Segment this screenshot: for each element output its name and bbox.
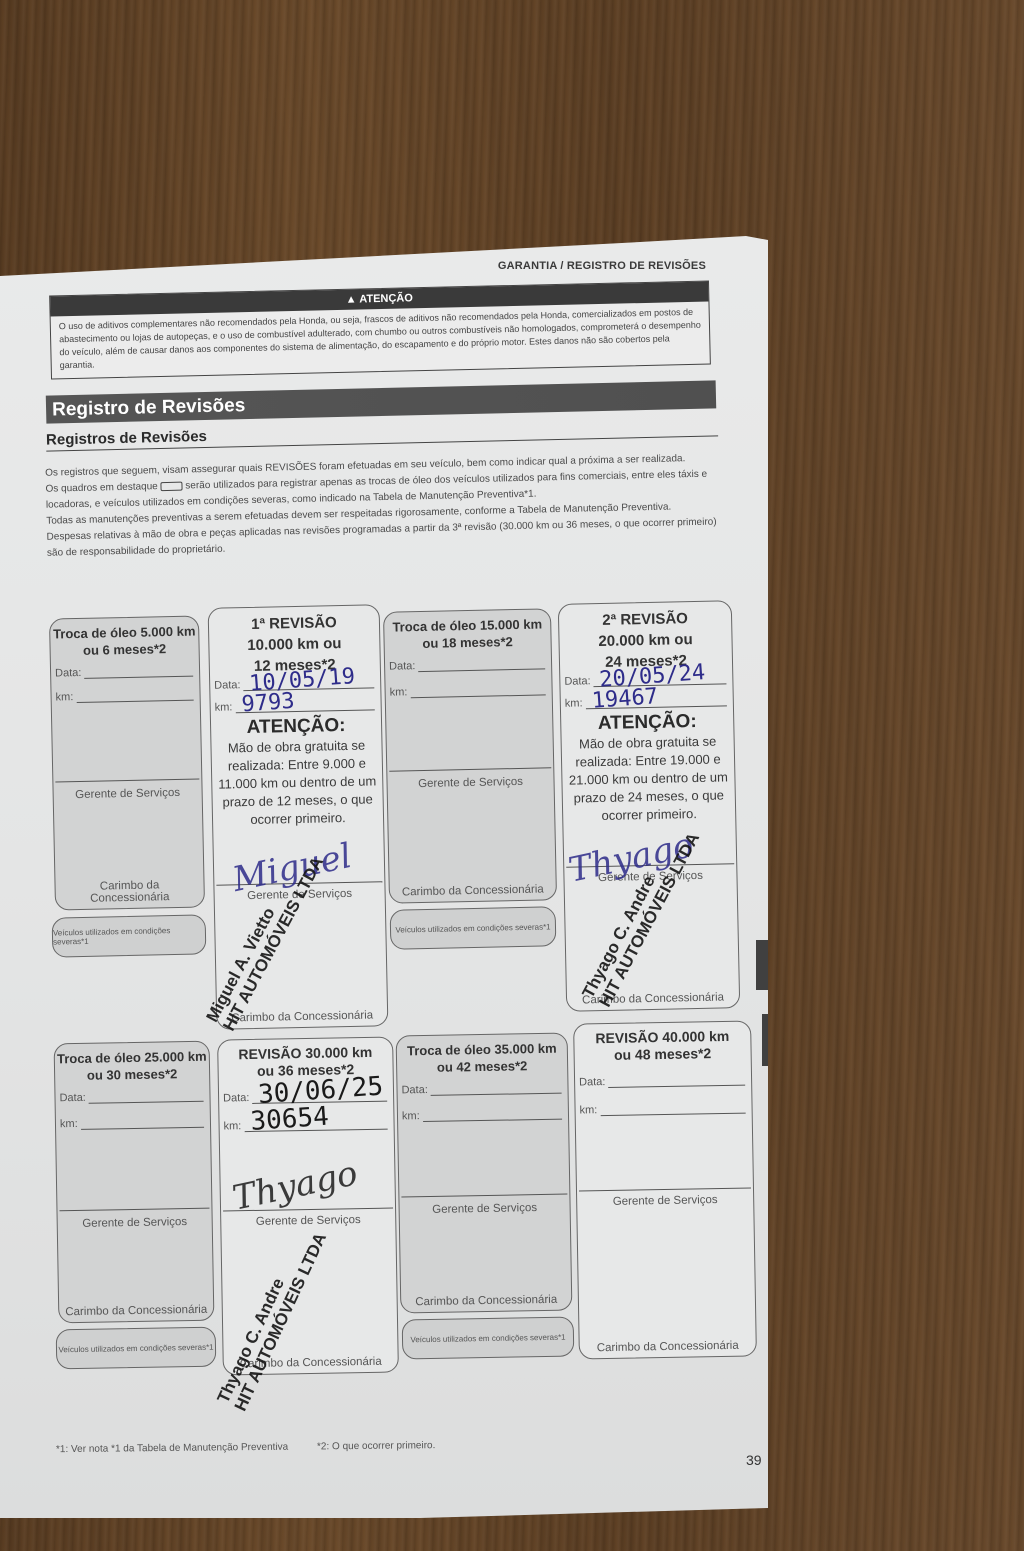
severe-conditions-box: Veículos utilizados em condições severas… (402, 1317, 575, 1360)
handwritten-km: 19467 (591, 684, 659, 714)
oil-change-card-5000: Troca de óleo 5.000 kmou 6 meses*2 Data:… (49, 615, 205, 910)
oil-change-card-35000: Troca de óleo 35.000 kmou 42 meses*2 Dat… (396, 1033, 573, 1314)
km-field[interactable]: km: (55, 689, 193, 704)
section-tab-marker (756, 940, 784, 990)
severe-conditions-box: Veículos utilizados em condições severas… (52, 914, 207, 957)
km-field[interactable]: km: (390, 683, 546, 698)
page-header: GARANTIA / REGISTRO DE REVISÕES (498, 260, 706, 272)
section-subtitle: Registros de Revisões (46, 416, 718, 451)
km-field[interactable]: km: (60, 1116, 204, 1131)
manager-label: Gerente de Serviços (58, 1216, 212, 1231)
date-field[interactable]: Data: (579, 1074, 745, 1089)
footnote-1: *1: Ver nota *1 da Tabela de Manutenção … (56, 1442, 288, 1455)
km-field[interactable]: km: (402, 1108, 562, 1123)
dealer-stamp-label: Carimbo da Concessionária (584, 1340, 752, 1355)
attention-text: Mão de obra gratuita se realizada: Entre… (562, 732, 736, 826)
manager-label: Gerente de Serviços (387, 775, 553, 790)
date-field[interactable]: Data: (55, 665, 193, 680)
section-tab-marker (762, 1014, 790, 1066)
handwritten-km: 9793 (240, 689, 295, 718)
intro-text: Os registros que seguem, visam assegurar… (45, 450, 727, 561)
attention-text: Mão de obra gratuita se realizada: Entre… (211, 736, 383, 830)
severe-conditions-box: Veículos utilizados em condições severas… (56, 1327, 217, 1370)
date-field[interactable]: Data: (59, 1090, 203, 1105)
section-tab-marker (792, 1102, 796, 1156)
dealer-stamp-label: Carimbo da Concessionária (59, 879, 199, 906)
highlight-box-icon (160, 481, 182, 490)
severe-conditions-box: Veículos utilizados em condições severas… (390, 906, 557, 949)
page-number: 39 (746, 1452, 762, 1468)
date-field[interactable]: Data: (401, 1082, 561, 1097)
dealer-stamp-label: Carimbo da Concessionária (63, 1304, 209, 1319)
date-field[interactable]: Data: (389, 657, 545, 672)
revision-card-40000: REVISÃO 40.000 kmou 48 meses*2 Data: km:… (573, 1020, 757, 1359)
km-field[interactable]: km:9793 (215, 698, 375, 713)
manager-label: Gerente de Serviços (400, 1202, 570, 1217)
dealer-stamp-label: Carimbo da Concessionária (405, 1294, 567, 1309)
footnote-2: *2: O que ocorrer primeiro. (317, 1440, 435, 1452)
date-field[interactable]: Data:10/05/19 (214, 676, 374, 691)
oil-change-card-15000: Troca de óleo 15.000 kmou 18 meses*2 Dat… (383, 608, 557, 903)
handwritten-km: 30654 (249, 1102, 329, 1137)
section-title-bar: Registro de Revisões (46, 380, 716, 423)
dealer-stamp-label: Carimbo da Concessionária (394, 883, 552, 898)
manager-label: Gerente de Serviços (577, 1193, 753, 1208)
revision-card-2: 2ª REVISÃO20.000 km ou24 meses*2 Data:20… (558, 600, 741, 1012)
km-field[interactable]: km:19467 (565, 694, 727, 709)
km-field[interactable]: km:30654 (223, 1118, 387, 1133)
manager-label: Gerente de Serviços (54, 786, 202, 801)
warning-triangle-icon: ▲ (346, 293, 360, 305)
km-field[interactable]: km: (579, 1102, 745, 1117)
booklet-page: GARANTIA / REGISTRO DE REVISÕES ▲ ATENÇÃ… (0, 236, 768, 1518)
warning-box: ▲ ATENÇÃO O uso de aditivos complementar… (49, 281, 711, 380)
oil-change-card-25000: Troca de óleo 25.000 kmou 30 meses*2 Dat… (54, 1041, 215, 1324)
section-title: Registro de Revisões (46, 395, 246, 421)
footnotes: *1: Ver nota *1 da Tabela de Manutenção … (56, 1440, 461, 1455)
